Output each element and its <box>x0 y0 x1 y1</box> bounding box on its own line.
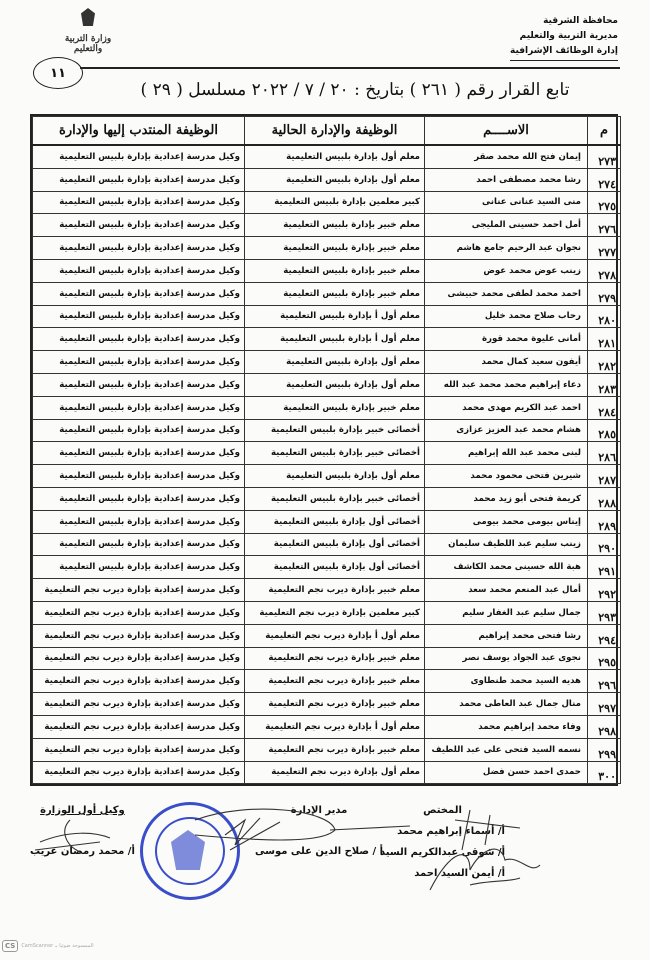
current-position: معلم أول أ بإدارة بلبيس التعليمية <box>245 328 425 351</box>
employee-name: منى السيد عنانى عنانى <box>425 191 588 214</box>
target-position: وكيل مدرسة إعدادية بإدارة ديرب نجم التعل… <box>33 579 245 602</box>
current-position: كبير معلمين بإدارة بلبيس التعليمية <box>245 191 425 214</box>
row-number: ٢٩١ <box>588 556 621 579</box>
scanner-watermark: CS CamScanner الممسوحة ضوئيا بـ <box>2 940 94 952</box>
table-row: ٢٨٦لبنى محمد عبد الله إبراهيمأخصائى خبير… <box>33 442 621 465</box>
current-position: أخصائى أول بإدارة بلبيس التعليمية <box>245 510 425 533</box>
logo-subtext <box>58 26 118 31</box>
handwritten-signatures <box>0 790 650 920</box>
table-row: ٢٩١هبة الله حسينى محمد الكاشفأخصائى أول … <box>33 556 621 579</box>
employee-name: هشام محمد عبد العزيز عزازى <box>425 419 588 442</box>
target-position: وكيل مدرسة إعدادية بإدارة ديرب نجم التعل… <box>33 624 245 647</box>
row-number: ٢٩٨ <box>588 715 621 738</box>
row-number: ٢٩٧ <box>588 693 621 716</box>
current-position: معلم خبير بإدارة ديرب نجم التعليمية <box>245 647 425 670</box>
row-number: ٢٩٤ <box>588 624 621 647</box>
target-position: وكيل مدرسة إعدادية بإدارة بلبيس التعليمي… <box>33 259 245 282</box>
row-number: ٢٧٨ <box>588 259 621 282</box>
table-row: ٣٠٠حمدى احمد حسن فضلمعلم أول بإدارة ديرب… <box>33 761 621 784</box>
employee-name: أمانى عليوة محمد قورة <box>425 328 588 351</box>
row-number: ٢٧٣ <box>588 145 621 168</box>
row-number: ٢٧٦ <box>588 214 621 237</box>
scanner-text: CamScanner الممسوحة ضوئيا بـ <box>21 943 93 949</box>
table-row: ٢٨٧شيرين فتحى محمود محمدمعلم أول بإدارة … <box>33 465 621 488</box>
col-header-target-position: الوظيفة المنتدب إليها والإدارة <box>33 117 245 146</box>
row-number: ٣٠٠ <box>588 761 621 784</box>
target-position: وكيل مدرسة إعدادية بإدارة بلبيس التعليمي… <box>33 191 245 214</box>
employee-name: احمد محمد لطفى محمد حبيشى <box>425 282 588 305</box>
department-label: إدارة الوظائف الإشرافية <box>510 44 618 61</box>
table-row: ٢٨٨كريمة فتحى أبو زيد محمدأخصائى خبير بإ… <box>33 487 621 510</box>
employee-name: حمدى احمد حسن فضل <box>425 761 588 784</box>
employee-name: جمال سليم عبد الغفار سليم <box>425 601 588 624</box>
governorate-label: محافظة الشرقية <box>510 14 618 29</box>
table-row: ٢٩٥نجوى عبد الجواد يوسف نصرمعلم خبير بإد… <box>33 647 621 670</box>
header-divider <box>80 67 620 69</box>
current-position: معلم أول بإدارة بلبيس التعليمية <box>245 145 425 168</box>
target-position: وكيل مدرسة إعدادية بإدارة بلبيس التعليمي… <box>33 145 245 168</box>
row-number: ٢٨٦ <box>588 442 621 465</box>
target-position: وكيل مدرسة إعدادية بإدارة ديرب نجم التعل… <box>33 647 245 670</box>
table-body: ٢٧٣إيمان فتح الله محمد صقرمعلم أول بإدار… <box>33 145 621 784</box>
table-row: ٢٧٥منى السيد عنانى عنانىكبير معلمين بإدا… <box>33 191 621 214</box>
employee-name: شيرين فتحى محمود محمد <box>425 465 588 488</box>
row-number: ٢٧٩ <box>588 282 621 305</box>
target-position: وكيل مدرسة إعدادية بإدارة ديرب نجم التعل… <box>33 601 245 624</box>
table-row: ٢٩٣جمال سليم عبد الغفار سليمكبير معلمين … <box>33 601 621 624</box>
current-position: معلم خبير بإدارة ديرب نجم التعليمية <box>245 579 425 602</box>
current-position: معلم خبير بإدارة ديرب نجم التعليمية <box>245 738 425 761</box>
current-position: معلم أول بإدارة بلبيس التعليمية <box>245 351 425 374</box>
current-position: معلم أول بإدارة بلبيس التعليمية <box>245 465 425 488</box>
current-position: أخصائى خبير بإدارة بلبيس التعليمية <box>245 487 425 510</box>
row-number: ٢٩٢ <box>588 579 621 602</box>
organization-header: محافظة الشرقية مديرية التربية والتعليم إ… <box>510 14 618 61</box>
target-position: وكيل مدرسة إعدادية بإدارة ديرب نجم التعل… <box>33 670 245 693</box>
employee-name: لبنى محمد عبد الله إبراهيم <box>425 442 588 465</box>
target-position: وكيل مدرسة إعدادية بإدارة بلبيس التعليمي… <box>33 487 245 510</box>
table-header-row: م الاســــم الوظيفة والإدارة الحالية الو… <box>33 117 621 146</box>
current-position: معلم خبير بإدارة ديرب نجم التعليمية <box>245 693 425 716</box>
table-row: ٢٨٠رحاب صلاح محمد خليلمعلم أول أ بإدارة … <box>33 305 621 328</box>
row-number: ٢٩٣ <box>588 601 621 624</box>
row-number: ٢٩٦ <box>588 670 621 693</box>
document-page: وزارة التربية والتعليم ١١ محافظة الشرقية… <box>0 0 650 960</box>
employee-name: منال جمال عبد العاطى محمد <box>425 693 588 716</box>
table-row: ٢٧٧نجوان عبد الرحيم جامع هاشممعلم خبير ب… <box>33 237 621 260</box>
target-position: وكيل مدرسة إعدادية بإدارة بلبيس التعليمي… <box>33 328 245 351</box>
row-number: ٢٨٠ <box>588 305 621 328</box>
employee-name: نجوان عبد الرحيم جامع هاشم <box>425 237 588 260</box>
row-number: ٢٨٩ <box>588 510 621 533</box>
table-row: ٢٧٤رشا محمد مصطفى احمدمعلم أول بإدارة بل… <box>33 168 621 191</box>
target-position: وكيل مدرسة إعدادية بإدارة ديرب نجم التعل… <box>33 715 245 738</box>
table-row: ٢٩٧منال جمال عبد العاطى محمدمعلم خبير بإ… <box>33 693 621 716</box>
current-position: معلم أول بإدارة بلبيس التعليمية <box>245 373 425 396</box>
employee-name: وفاء محمد إبراهيم محمد <box>425 715 588 738</box>
ministry-logo-text: وزارة التربية والتعليم <box>58 34 118 54</box>
table-row: ٢٧٨زينب عوض محمد عوضمعلم خبير بإدارة بلب… <box>33 259 621 282</box>
target-position: وكيل مدرسة إعدادية بإدارة بلبيس التعليمي… <box>33 168 245 191</box>
current-position: أخصائى خبير بإدارة بلبيس التعليمية <box>245 442 425 465</box>
table-row: ٢٧٩احمد محمد لطفى محمد حبيشىمعلم خبير بإ… <box>33 282 621 305</box>
col-header-current-position: الوظيفة والإدارة الحالية <box>245 117 425 146</box>
employee-name: رحاب صلاح محمد خليل <box>425 305 588 328</box>
table-row: ٢٩٢أمال عبد المنعم محمد سعدمعلم خبير بإد… <box>33 579 621 602</box>
target-position: وكيل مدرسة إعدادية بإدارة بلبيس التعليمي… <box>33 442 245 465</box>
target-position: وكيل مدرسة إعدادية بإدارة ديرب نجم التعل… <box>33 761 245 784</box>
current-position: معلم خبير بإدارة ديرب نجم التعليمية <box>245 670 425 693</box>
target-position: وكيل مدرسة إعدادية بإدارة ديرب نجم التعل… <box>33 693 245 716</box>
page-number-circle: ١١ <box>33 57 83 89</box>
employee-name: إيمان فتح الله محمد صقر <box>425 145 588 168</box>
target-position: وكيل مدرسة إعدادية بإدارة بلبيس التعليمي… <box>33 465 245 488</box>
target-position: وكيل مدرسة إعدادية بإدارة بلبيس التعليمي… <box>33 533 245 556</box>
target-position: وكيل مدرسة إعدادية بإدارة بلبيس التعليمي… <box>33 396 245 419</box>
employee-name: أيفون سعيد كمال محمد <box>425 351 588 374</box>
table-row: ٢٨٥هشام محمد عبد العزيز عزازىأخصائى خبير… <box>33 419 621 442</box>
current-position: معلم خبير بإدارة بلبيس التعليمية <box>245 282 425 305</box>
current-position: معلم أول أ بإدارة ديرب نجم التعليمية <box>245 624 425 647</box>
target-position: وكيل مدرسة إعدادية بإدارة بلبيس التعليمي… <box>33 419 245 442</box>
employee-name: رشا فتحى محمد إبراهيم <box>425 624 588 647</box>
row-number: ٢٨٢ <box>588 351 621 374</box>
target-position: وكيل مدرسة إعدادية بإدارة بلبيس التعليمي… <box>33 510 245 533</box>
table-row: ٢٩٤رشا فتحى محمد إبراهيممعلم أول أ بإدار… <box>33 624 621 647</box>
target-position: وكيل مدرسة إعدادية بإدارة بلبيس التعليمي… <box>33 214 245 237</box>
camscanner-icon: CS <box>2 940 18 952</box>
col-header-name: الاســــم <box>425 117 588 146</box>
target-position: وكيل مدرسة إعدادية بإدارة بلبيس التعليمي… <box>33 351 245 374</box>
row-number: ٢٨٧ <box>588 465 621 488</box>
target-position: وكيل مدرسة إعدادية بإدارة بلبيس التعليمي… <box>33 282 245 305</box>
row-number: ٢٩٩ <box>588 738 621 761</box>
row-number: ٢٨٨ <box>588 487 621 510</box>
row-number: ٢٨٤ <box>588 396 621 419</box>
table-row: ٢٨٣دعاء إبراهيم محمد محمد عبد اللهمعلم أ… <box>33 373 621 396</box>
employee-name: أمل احمد حسينى المليجى <box>425 214 588 237</box>
employee-name: زينب سليم عبد اللطيف سليمان <box>425 533 588 556</box>
table-row: ٢٨٢أيفون سعيد كمال محمدمعلم أول بإدارة ب… <box>33 351 621 374</box>
table-row: ٢٧٦أمل احمد حسينى المليجىمعلم خبير بإدار… <box>33 214 621 237</box>
employee-name: إيناس بيومى محمد بيومى <box>425 510 588 533</box>
row-number: ٢٨٣ <box>588 373 621 396</box>
current-position: معلم خبير بإدارة بلبيس التعليمية <box>245 259 425 282</box>
current-position: معلم أول أ بإدارة ديرب نجم التعليمية <box>245 715 425 738</box>
eagle-emblem-icon <box>81 8 95 26</box>
row-number: ٢٧٧ <box>588 237 621 260</box>
table-row: ٢٧٣إيمان فتح الله محمد صقرمعلم أول بإدار… <box>33 145 621 168</box>
employee-name: دعاء إبراهيم محمد محمد عبد الله <box>425 373 588 396</box>
col-header-number: م <box>588 117 621 146</box>
target-position: وكيل مدرسة إعدادية بإدارة بلبيس التعليمي… <box>33 373 245 396</box>
directorate-label: مديرية التربية والتعليم <box>510 29 618 44</box>
row-number: ٢٧٥ <box>588 191 621 214</box>
current-position: معلم أول بإدارة ديرب نجم التعليمية <box>245 761 425 784</box>
employee-name: احمد عبد الكريم مهدى محمد <box>425 396 588 419</box>
current-position: أخصائى خبير بإدارة بلبيس التعليمية <box>245 419 425 442</box>
row-number: ٢٨٥ <box>588 419 621 442</box>
current-position: معلم خبير بإدارة بلبيس التعليمية <box>245 214 425 237</box>
row-number: ٢٩٥ <box>588 647 621 670</box>
table-row: ٢٩٩نسمه السيد فتحى على عبد اللطيفمعلم خب… <box>33 738 621 761</box>
row-number: ٢٨١ <box>588 328 621 351</box>
current-position: معلم خبير بإدارة بلبيس التعليمية <box>245 396 425 419</box>
target-position: وكيل مدرسة إعدادية بإدارة بلبيس التعليمي… <box>33 237 245 260</box>
table-row: ٢٨٤احمد عبد الكريم مهدى محمدمعلم خبير بإ… <box>33 396 621 419</box>
employee-name: كريمة فتحى أبو زيد محمد <box>425 487 588 510</box>
current-position: معلم أول أ بإدارة بلبيس التعليمية <box>245 305 425 328</box>
row-number: ٢٧٤ <box>588 168 621 191</box>
employee-name: أمال عبد المنعم محمد سعد <box>425 579 588 602</box>
table-row: ٢٩٦هديه السيد محمد طنطاوىمعلم خبير بإدار… <box>33 670 621 693</box>
employee-name: زينب عوض محمد عوض <box>425 259 588 282</box>
table-row: ٢٩٨وفاء محمد إبراهيم محمدمعلم أول أ بإدا… <box>33 715 621 738</box>
target-position: وكيل مدرسة إعدادية بإدارة بلبيس التعليمي… <box>33 305 245 328</box>
employee-name: نجوى عبد الجواد يوسف نصر <box>425 647 588 670</box>
current-position: كبير معلمين بإدارة ديرب نجم التعليمية <box>245 601 425 624</box>
target-position: وكيل مدرسة إعدادية بإدارة بلبيس التعليمي… <box>33 556 245 579</box>
row-number: ٢٩٠ <box>588 533 621 556</box>
current-position: أخصائى أول بإدارة بلبيس التعليمية <box>245 533 425 556</box>
current-position: معلم أول بإدارة بلبيس التعليمية <box>245 168 425 191</box>
decision-title: تابع القرار رقم ( ٢٦١ ) بتاريخ : ٢٠ / ٧ … <box>95 80 615 100</box>
employee-name: هديه السيد محمد طنطاوى <box>425 670 588 693</box>
employee-name: رشا محمد مصطفى احمد <box>425 168 588 191</box>
table-row: ٢٨١أمانى عليوة محمد قورةمعلم أول أ بإدار… <box>33 328 621 351</box>
ministry-logo: وزارة التربية والتعليم <box>58 8 118 63</box>
assignments-table: م الاســــم الوظيفة والإدارة الحالية الو… <box>30 114 618 786</box>
current-position: معلم خبير بإدارة بلبيس التعليمية <box>245 237 425 260</box>
target-position: وكيل مدرسة إعدادية بإدارة ديرب نجم التعل… <box>33 738 245 761</box>
table-row: ٢٨٩إيناس بيومى محمد بيومىأخصائى أول بإدا… <box>33 510 621 533</box>
table-row: ٢٩٠زينب سليم عبد اللطيف سليمانأخصائى أول… <box>33 533 621 556</box>
employee-name: هبة الله حسينى محمد الكاشف <box>425 556 588 579</box>
current-position: أخصائى أول بإدارة بلبيس التعليمية <box>245 556 425 579</box>
employee-name: نسمه السيد فتحى على عبد اللطيف <box>425 738 588 761</box>
